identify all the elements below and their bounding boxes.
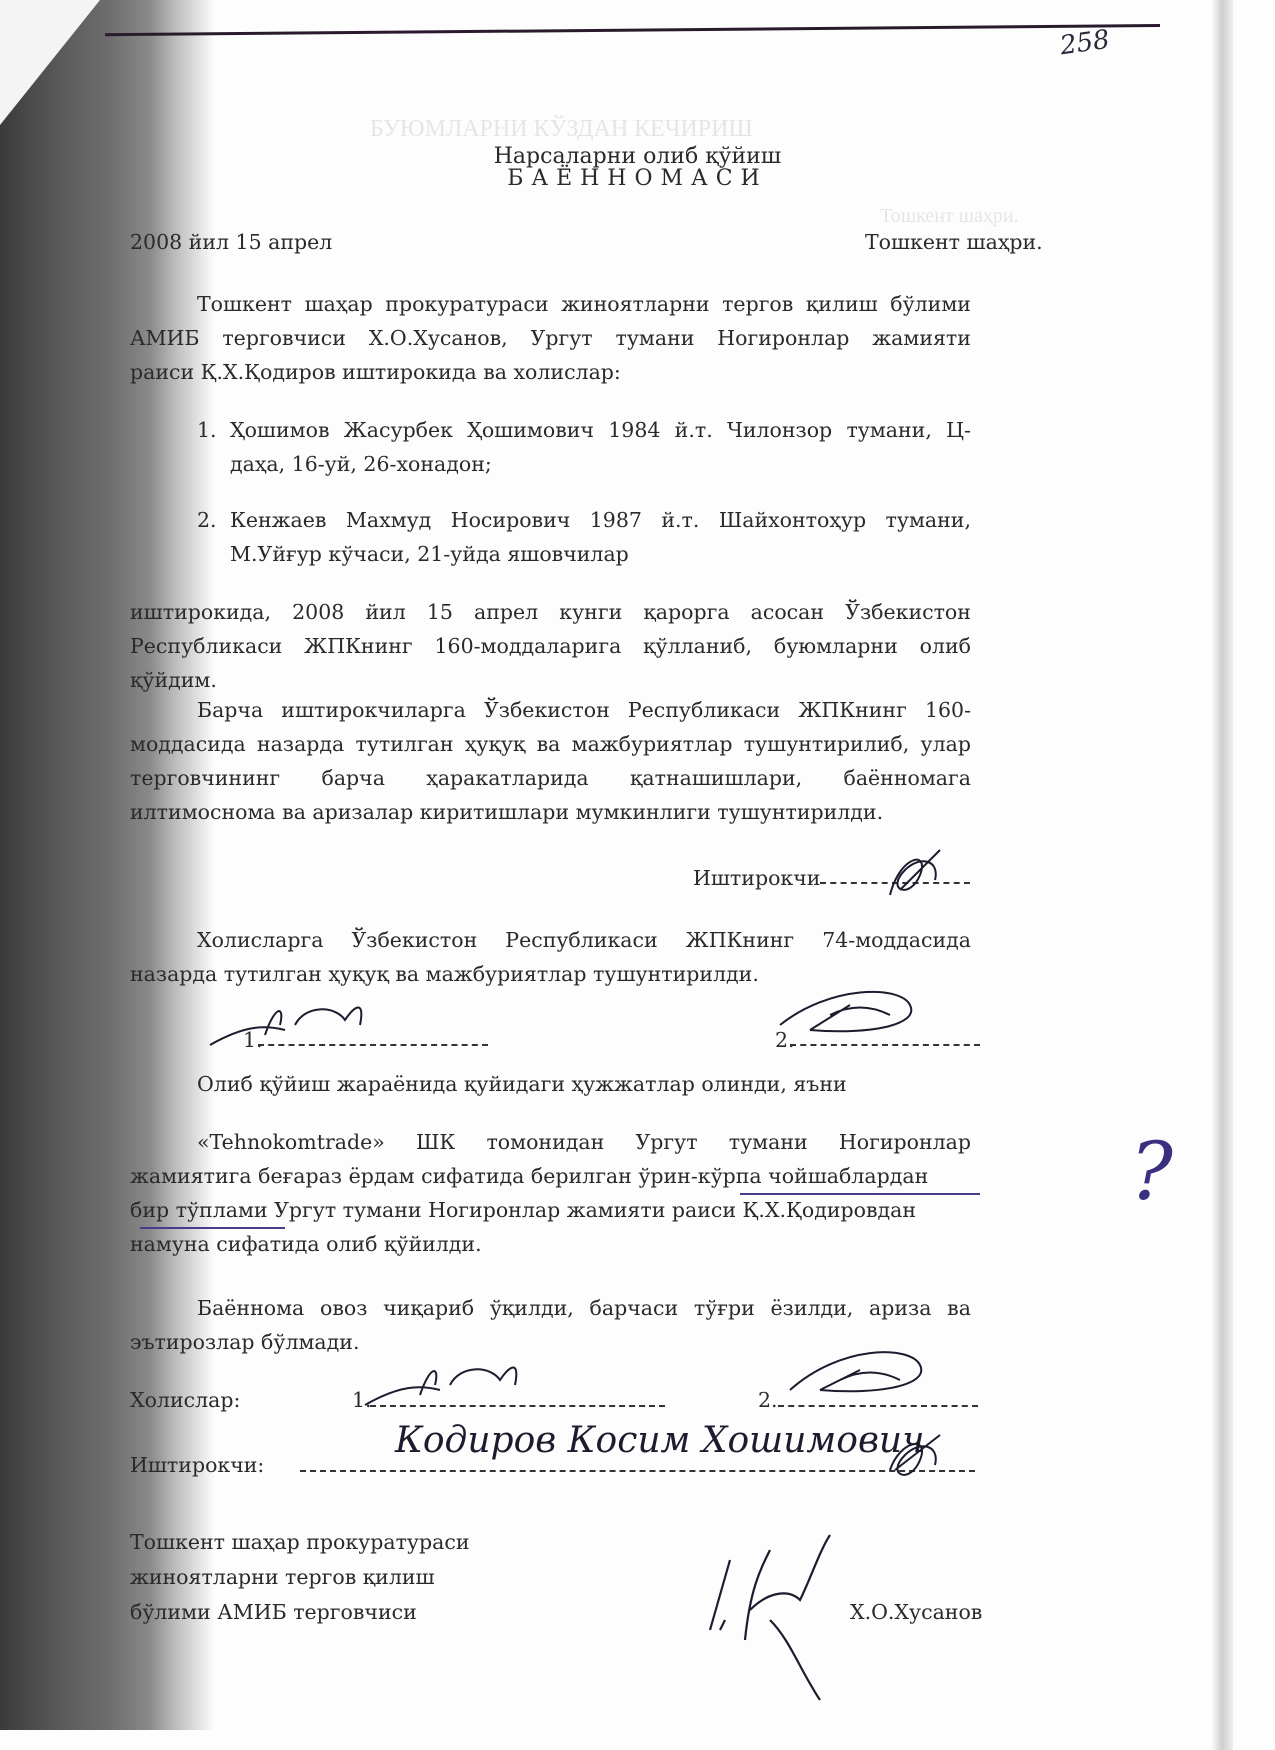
- word: томонидан: [486, 1132, 604, 1153]
- word: Ц-: [946, 420, 971, 441]
- word: тумани: [616, 328, 695, 349]
- intro-line-2: АМИБ терговчиси Х.О.Хусанов, Ургут туман…: [130, 328, 971, 349]
- word: Баённома: [197, 1298, 304, 1319]
- word: Республикаси: [505, 930, 657, 951]
- word: ва: [537, 734, 561, 755]
- word: Ҳошимов: [230, 420, 330, 441]
- witness-1-signature: [205, 995, 425, 1055]
- word: й.т.: [661, 510, 699, 531]
- word: Ҳошимович: [467, 420, 594, 441]
- bleed-through-title: БУЮМЛАРНИ КЎЗДАН КЕЧИРИШ: [370, 116, 753, 143]
- word: ҳуқуқ: [465, 734, 526, 755]
- word: назарда: [257, 734, 344, 755]
- word: 1984: [608, 420, 660, 441]
- witness-2-line-2: М.Уйғур кўчаси, 21-уйда яшовчилар: [230, 544, 629, 565]
- participant-final-line: [300, 1470, 975, 1472]
- word: барчаси: [590, 1298, 679, 1319]
- investigator-name: Х.О.Хусанов: [850, 1602, 982, 1623]
- word: 1987: [590, 510, 642, 531]
- word: баённомага: [843, 768, 971, 789]
- participant-handwritten-name: Кодиров Косим Хошимович: [395, 1420, 924, 1461]
- word: мажбуриятлар: [572, 734, 733, 755]
- word: й.т.: [675, 420, 713, 441]
- witness-1-line-2: даҳа, 16-уй, 26-хонадон;: [230, 454, 492, 475]
- document-title: Нарсаларни олиб қўйиш: [0, 146, 1275, 168]
- word: йил: [365, 602, 405, 623]
- word: қатнашишлари,: [630, 768, 802, 789]
- items-line-4: намуна сифатида олиб қўйилди.: [130, 1234, 482, 1255]
- word: АМИБ: [130, 328, 199, 349]
- participant-signature: [880, 845, 950, 905]
- participant-final-signature: [880, 1430, 950, 1485]
- word: асосан: [751, 602, 824, 623]
- footer-line-1: Тошкент шаҳар прокуратураси: [130, 1532, 469, 1553]
- footer-line-2: жиноятларни тергов қилиш: [130, 1567, 435, 1588]
- word: Махмуд: [346, 510, 431, 531]
- rights-line-2: моддасида назарда тутилган ҳуқуқ ва мажб…: [130, 734, 971, 755]
- word: ўқилди,: [490, 1298, 574, 1319]
- word: Ўзбекистон: [484, 700, 610, 721]
- word: Ногиронлар: [839, 1132, 971, 1153]
- decision-line-3: қўйдим.: [130, 670, 217, 691]
- witness-rights-line-2: назарда тутилган ҳуқуқ ва мажбуриятлар т…: [130, 964, 759, 985]
- word: жамияти: [872, 328, 971, 349]
- word: чиқариб: [383, 1298, 474, 1319]
- word: қарорга: [643, 602, 729, 623]
- decision-line-1: иштирокида, 2008 йил 15 апрел кунги қаро…: [130, 602, 971, 623]
- word: терговчиси: [222, 328, 346, 349]
- word: 160-моддаларига: [434, 636, 621, 657]
- document-place: Тошкент шаҳри.: [865, 232, 1043, 253]
- word: овоз: [320, 1298, 367, 1319]
- word: ЖПКнинг: [798, 700, 907, 721]
- word: олиб: [920, 636, 971, 657]
- word: Республикаси: [130, 636, 282, 657]
- witness-1-line-1: Ҳошимов Жасурбек Ҳошимович 1984 й.т. Чил…: [230, 420, 971, 441]
- word: 15: [427, 602, 453, 623]
- word: иштирокида,: [130, 602, 271, 623]
- document-heading: БАЁННОМАСИ: [0, 168, 1275, 190]
- pen-underline: [740, 1193, 980, 1195]
- rights-line-1: Барча иштирокчиларга Ўзбекистон Республи…: [197, 700, 971, 721]
- word: қўлланиб,: [643, 636, 752, 657]
- word: ариза: [869, 1298, 931, 1319]
- footer-line-3: бўлими АМИБ терговчиси: [130, 1602, 417, 1623]
- word: шаҳар: [305, 294, 373, 315]
- word: Ургут: [531, 328, 593, 349]
- word: Шайхонтоҳур: [719, 510, 866, 531]
- items-line-3: бир тўплами Ургут тумани Ногиронлар жами…: [130, 1200, 916, 1221]
- word: жиноятларни: [561, 294, 710, 315]
- witness-2-final-number: 2.: [758, 1390, 778, 1411]
- word: ёзилди,: [771, 1298, 854, 1319]
- read-line-2: эътирозлар бўлмади.: [130, 1332, 359, 1353]
- word: Республикаси: [628, 700, 780, 721]
- word: тутилган: [356, 734, 454, 755]
- word: қилиш: [806, 294, 878, 315]
- items-line-1: «Tehnokomtrade» ШК томонидан Ургут туман…: [197, 1132, 971, 1153]
- word: Холисларга: [197, 930, 323, 951]
- handwritten-page-number: 258: [1058, 25, 1111, 62]
- witness-2-final-line: [778, 1405, 978, 1407]
- scanned-page: 258 БУЮМЛАРНИ КЎЗДАН КЕЧИРИШ Тошкент шаҳ…: [0, 0, 1275, 1750]
- word: тергов: [722, 294, 793, 315]
- word: Ўзбекистон: [351, 930, 477, 951]
- witnesses-label: Холислар:: [130, 1390, 240, 1411]
- word: Барча: [197, 700, 263, 721]
- word: ЖПКнинг: [304, 636, 413, 657]
- document-date: 2008 йил 15 апрел: [130, 232, 332, 253]
- intro-line-3: раиси Қ.Х.Қодиров иштирокида ва холислар…: [130, 362, 621, 383]
- word: тўғри: [694, 1298, 755, 1319]
- witness-2-number: 2.: [197, 510, 217, 531]
- participant-label: Иштирокчи:: [130, 1455, 264, 1476]
- word: кунги: [559, 602, 622, 623]
- intro-line-1: Тошкент шаҳар прокуратураси жиноятларни …: [197, 294, 971, 315]
- word: ШК: [416, 1132, 455, 1153]
- witness-2-line-1: Кенжаев Махмуд Носирович 1987 й.т. Шайхо…: [230, 510, 971, 531]
- word: терговчининг: [130, 768, 280, 789]
- word: 2008: [292, 602, 344, 623]
- pen-underline: [140, 1227, 285, 1229]
- word: Кенжаев: [230, 510, 326, 531]
- word: Х.О.Хусанов,: [369, 328, 508, 349]
- word: буюмларни: [774, 636, 898, 657]
- word: тумани: [729, 1132, 808, 1153]
- items-line-2: жамиятига беғараз ёрдам сифатида берилга…: [130, 1166, 928, 1187]
- seized-intro: Олиб қўйиш жараёнида қуйидаги ҳужжатлар …: [197, 1074, 847, 1095]
- word: бўлими: [890, 294, 971, 315]
- rights-line-4: илтимоснома ва аризалар киритишлари мумк…: [130, 802, 883, 823]
- handwritten-question-mark: ?: [1130, 1125, 1173, 1218]
- word: прокуратураси: [385, 294, 548, 315]
- bleed-through-place: Тошкент шаҳри.: [880, 205, 1019, 228]
- word: «Tehnokomtrade»: [197, 1132, 385, 1153]
- word: Жасурбек: [344, 420, 453, 441]
- word: барча: [321, 768, 384, 789]
- word: Ўзбекистон: [845, 602, 971, 623]
- word: ҳаракатларида: [426, 768, 588, 789]
- word: Носирович: [451, 510, 571, 531]
- witness-rights-line-1: Холисларга Ўзбекистон Республикаси ЖПКни…: [197, 930, 971, 951]
- word: 160-: [925, 700, 971, 721]
- scan-edge: [1211, 0, 1233, 1750]
- word: тумани,: [886, 510, 971, 531]
- word: иштирокчиларга: [281, 700, 466, 721]
- word: тумани,: [846, 420, 931, 441]
- witness-2-final-signature: [780, 1345, 960, 1405]
- read-line-1: Баённома овоз чиқариб ўқилди, барчаси тў…: [197, 1298, 971, 1319]
- word: ва: [947, 1298, 971, 1319]
- investigator-signature: [690, 1530, 850, 1710]
- word: Тошкент: [197, 294, 292, 315]
- participant-sign-label: Иштирокчи: [693, 868, 820, 889]
- word: улар: [921, 734, 971, 755]
- decision-line-2: Республикаси ЖПКнинг 160-моддаларига қўл…: [130, 636, 971, 657]
- word: 74-моддасида: [822, 930, 971, 951]
- word: Ногиронлар: [717, 328, 849, 349]
- word: Ургут: [635, 1132, 697, 1153]
- witness-1-final-signature: [360, 1355, 560, 1415]
- witness-1-number: 1.: [197, 420, 217, 441]
- folded-corner: [0, 0, 100, 125]
- word: ЖПКнинг: [686, 930, 795, 951]
- word: тушунтирилиб,: [744, 734, 910, 755]
- word: Чилонзор: [727, 420, 832, 441]
- word: моддасида: [130, 734, 246, 755]
- witness-2-signature: [770, 985, 950, 1045]
- rights-line-3: терговчининг барча ҳаракатларида қатнаши…: [130, 768, 971, 789]
- word: апрел: [474, 602, 538, 623]
